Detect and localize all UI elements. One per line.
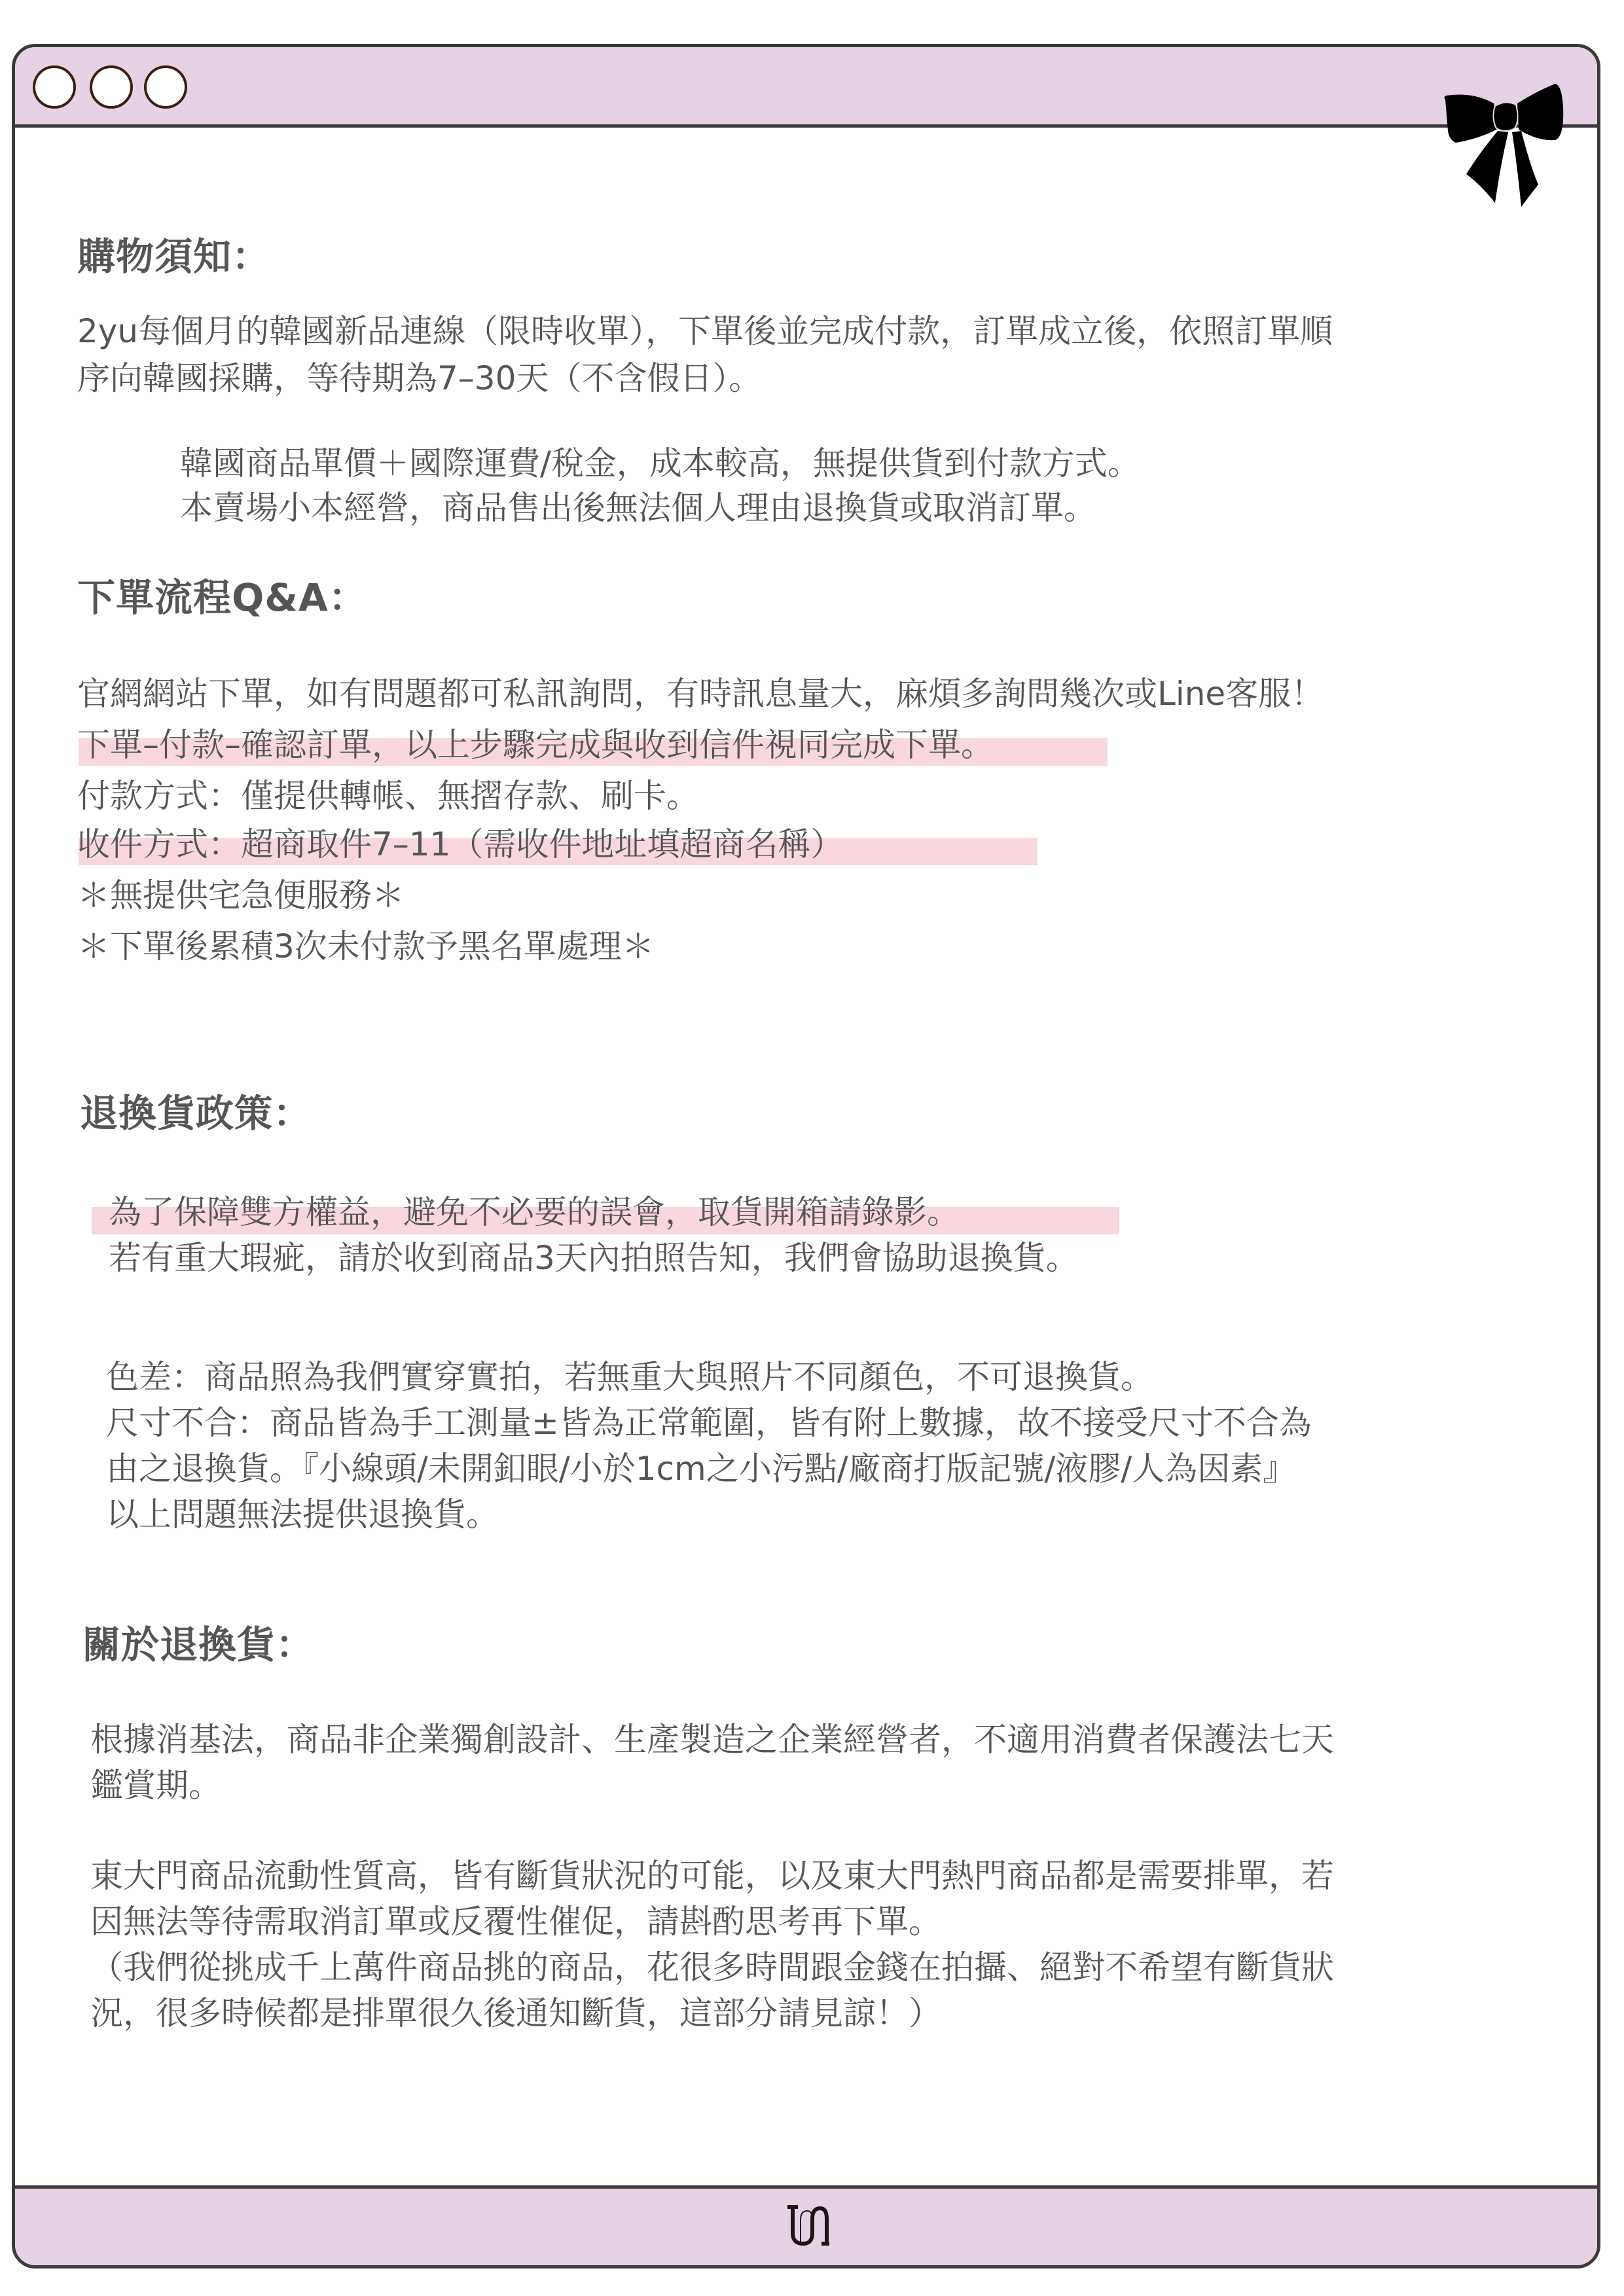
return-line-defect: 若有重大瑕疵，請於收到商品3天內拍照告知，我們會協助退換貨。 — [109, 1237, 1079, 1279]
qa-line-no-home-delivery: ＊無提供宅急便服務＊ — [77, 874, 405, 916]
heading-return-policy: 退換貨政策： — [80, 1083, 312, 1138]
footer-bar — [15, 2185, 1597, 2265]
heading-about-returns: 關於退換貨： — [82, 1614, 314, 1669]
qa-line-2-highlighted: 下單–付款–確認訂單，以上步驟完成與收到信件視同完成下單。 — [77, 724, 994, 766]
return-line-record-video-highlighted: 為了保障雙方權益，避免不必要的誤會，取貨開箱請錄影。 — [109, 1191, 960, 1233]
brand-logo-icon — [784, 2202, 829, 2249]
notice-line-2: 序向韓國採購，等待期為7–30天（不含假日）。 — [77, 357, 761, 399]
notice-indent-line-2: 本賣場小本經營，商品售出後無法個人理由退換貨或取消訂單。 — [180, 487, 1096, 529]
qa-line-blacklist: ＊下單後累積3次未付款予黑名單處理＊ — [77, 925, 655, 967]
about-para1-line-2: 鑑賞期。 — [90, 1765, 221, 1806]
qa-line-delivery-highlighted: 收件方式：超商取件7–11（需收件地址填超商名稱） — [77, 823, 843, 865]
notice-line-1: 2yu每個月的韓國新品連線（限時收單），下單後並完成付款，訂單成立後，依照訂單順 — [77, 310, 1333, 352]
title-bar — [15, 47, 1597, 128]
about-para2-line-4: 況，很多時候都是排單很久後通知斷貨，這部分請見諒！） — [90, 1992, 941, 2034]
qa-line-payment: 付款方式：僅提供轉帳、無摺存款、刷卡。 — [77, 775, 699, 817]
heading-shopping-notice: 購物須知： — [77, 226, 270, 281]
bow-icon — [1440, 68, 1571, 207]
window-control-circle-2[interactable] — [90, 65, 133, 109]
about-para2-line-2: 因無法等待需取消訂單或反覆性催促，請斟酌思考再下單。 — [90, 1901, 941, 1943]
about-para2-line-3: （我們從挑成千上萬件商品挑的商品，花很多時間跟金錢在拍攝、絕對不希望有斷貨狀 — [90, 1946, 1334, 1988]
window-control-circle-3[interactable] — [144, 65, 187, 109]
condition-no-return: 以上問題無法提供退換貨。 — [106, 1494, 499, 1535]
condition-color-diff: 色差：商品照為我們實穿實拍，若無重大與照片不同顏色，不可退換貨。 — [106, 1356, 1153, 1398]
heading-order-qa: 下單流程Q&A： — [77, 567, 367, 622]
notice-indent-line-1: 韓國商品單價＋國際運費/稅金，成本較高，無提供貨到付款方式。 — [180, 442, 1140, 484]
about-para2-line-1: 東大門商品流動性質高，皆有斷貨狀況的可能，以及東大門熱門商品都是需要排單，若 — [90, 1855, 1334, 1897]
condition-size-line-1: 尺寸不合：商品皆為手工測量±皆為正常範圍，皆有附上數據，故不接受尺寸不合為 — [106, 1402, 1312, 1444]
about-para1-line-1: 根據消基法，商品非企業獨創設計、生產製造之企業經營者，不適用消費者保護法七天 — [90, 1719, 1334, 1761]
qa-line-1: 官網網站下單，如有問題都可私訊詢問，有時訊息量大，麻煩多詢問幾次或Line客服！ — [77, 673, 1324, 715]
window-control-circle-1[interactable] — [33, 65, 76, 109]
condition-size-line-2: 由之退換貨。『小線頭/未開釦眼/小於1cm之小污點/廠商打版記號/液膠/人為因素… — [106, 1448, 1295, 1490]
